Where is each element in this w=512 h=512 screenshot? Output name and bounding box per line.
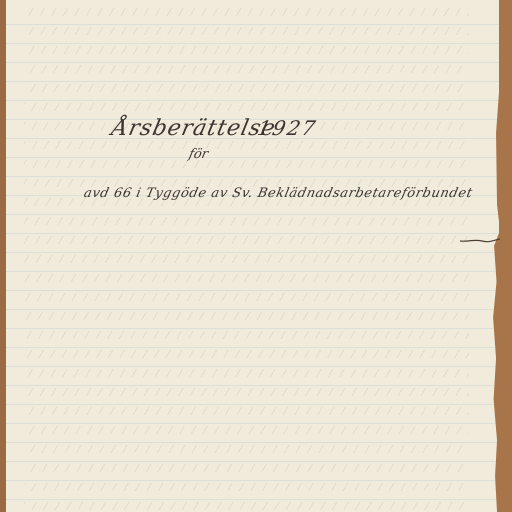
document-subtitle: avd 66 i Tyggöde av Sv. Beklädnadsarbeta… bbox=[82, 186, 474, 201]
title-preposition: för bbox=[187, 147, 209, 162]
bleed-through-text bbox=[24, 0, 469, 512]
document-page bbox=[6, 0, 499, 512]
document-title: Årsberättelse bbox=[109, 116, 278, 141]
paper-tear-icon bbox=[460, 238, 500, 244]
document-year: 1927 bbox=[255, 116, 319, 140]
background-board bbox=[0, 0, 6, 512]
